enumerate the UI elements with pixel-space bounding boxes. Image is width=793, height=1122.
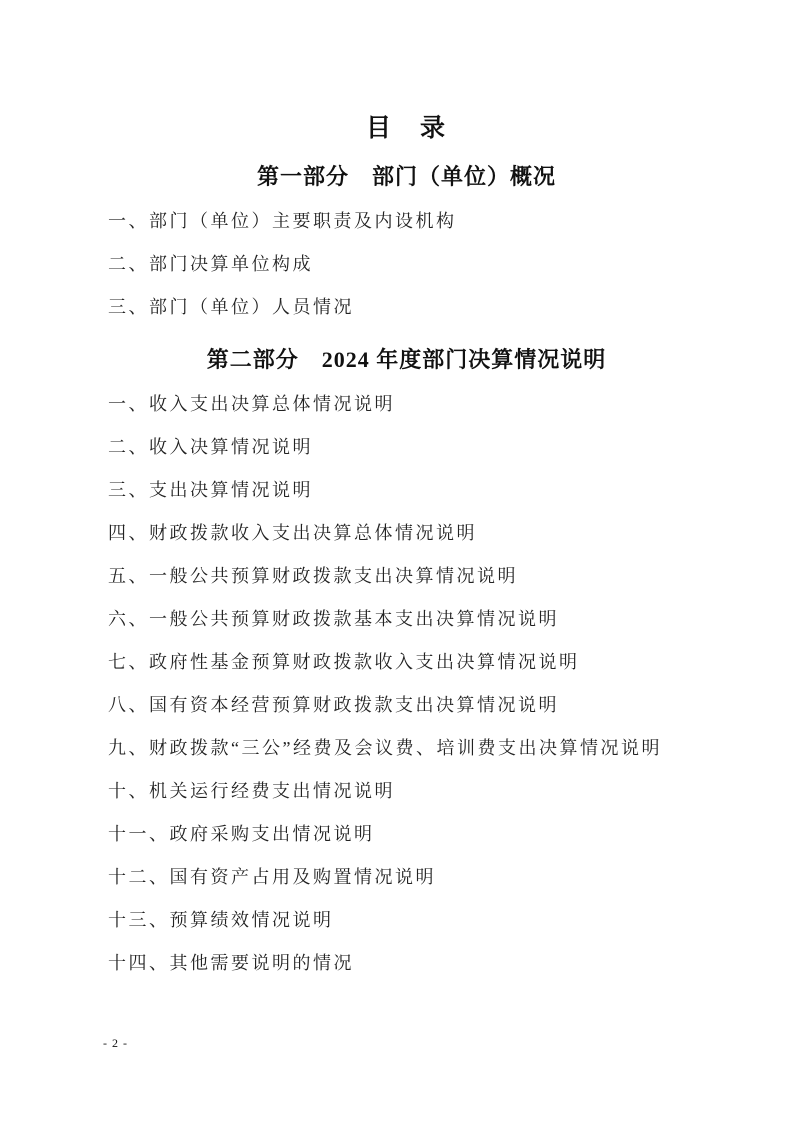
toc-item: 二、部门决算单位构成 [108,243,705,286]
section-2-list: 一、收入支出决算总体情况说明 二、收入决算情况说明 三、支出决算情况说明 四、财… [108,383,705,985]
toc-item: 四、财政拨款收入支出决算总体情况说明 [108,512,705,555]
toc-item: 十三、预算绩效情况说明 [108,899,705,942]
toc-item: 十四、其他需要说明的情况 [108,942,705,985]
toc-item: 一、收入支出决算总体情况说明 [108,383,705,426]
toc-item: 一、部门（单位）主要职责及内设机构 [108,200,705,243]
toc-title: 目 录 [108,112,705,146]
section-1-list: 一、部门（单位）主要职责及内设机构 二、部门决算单位构成 三、部门（单位）人员情… [108,200,705,329]
page-number: - 2 - [103,1036,128,1051]
toc-item: 十一、政府采购支出情况说明 [108,813,705,856]
toc-item: 九、财政拨款“三公”经费及会议费、培训费支出决算情况说明 [108,727,705,770]
toc-item: 二、收入决算情况说明 [108,426,705,469]
toc-item: 八、国有资本经营预算财政拨款支出决算情况说明 [108,684,705,727]
toc-item: 三、支出决算情况说明 [108,469,705,512]
section-1-heading: 第一部分 部门（单位）概况 [108,160,705,194]
toc-item: 六、一般公共预算财政拨款基本支出决算情况说明 [108,598,705,641]
toc-item: 三、部门（单位）人员情况 [108,286,705,329]
toc-item: 七、政府性基金预算财政拨款收入支出决算情况说明 [108,641,705,684]
toc-item: 十、机关运行经费支出情况说明 [108,770,705,813]
section-2-heading: 第二部分 2024 年度部门决算情况说明 [108,343,705,377]
document-page: 目 录 第一部分 部门（单位）概况 一、部门（单位）主要职责及内设机构 二、部门… [0,0,793,1122]
toc-item: 十二、国有资产占用及购置情况说明 [108,856,705,899]
toc-item: 五、一般公共预算财政拨款支出决算情况说明 [108,555,705,598]
